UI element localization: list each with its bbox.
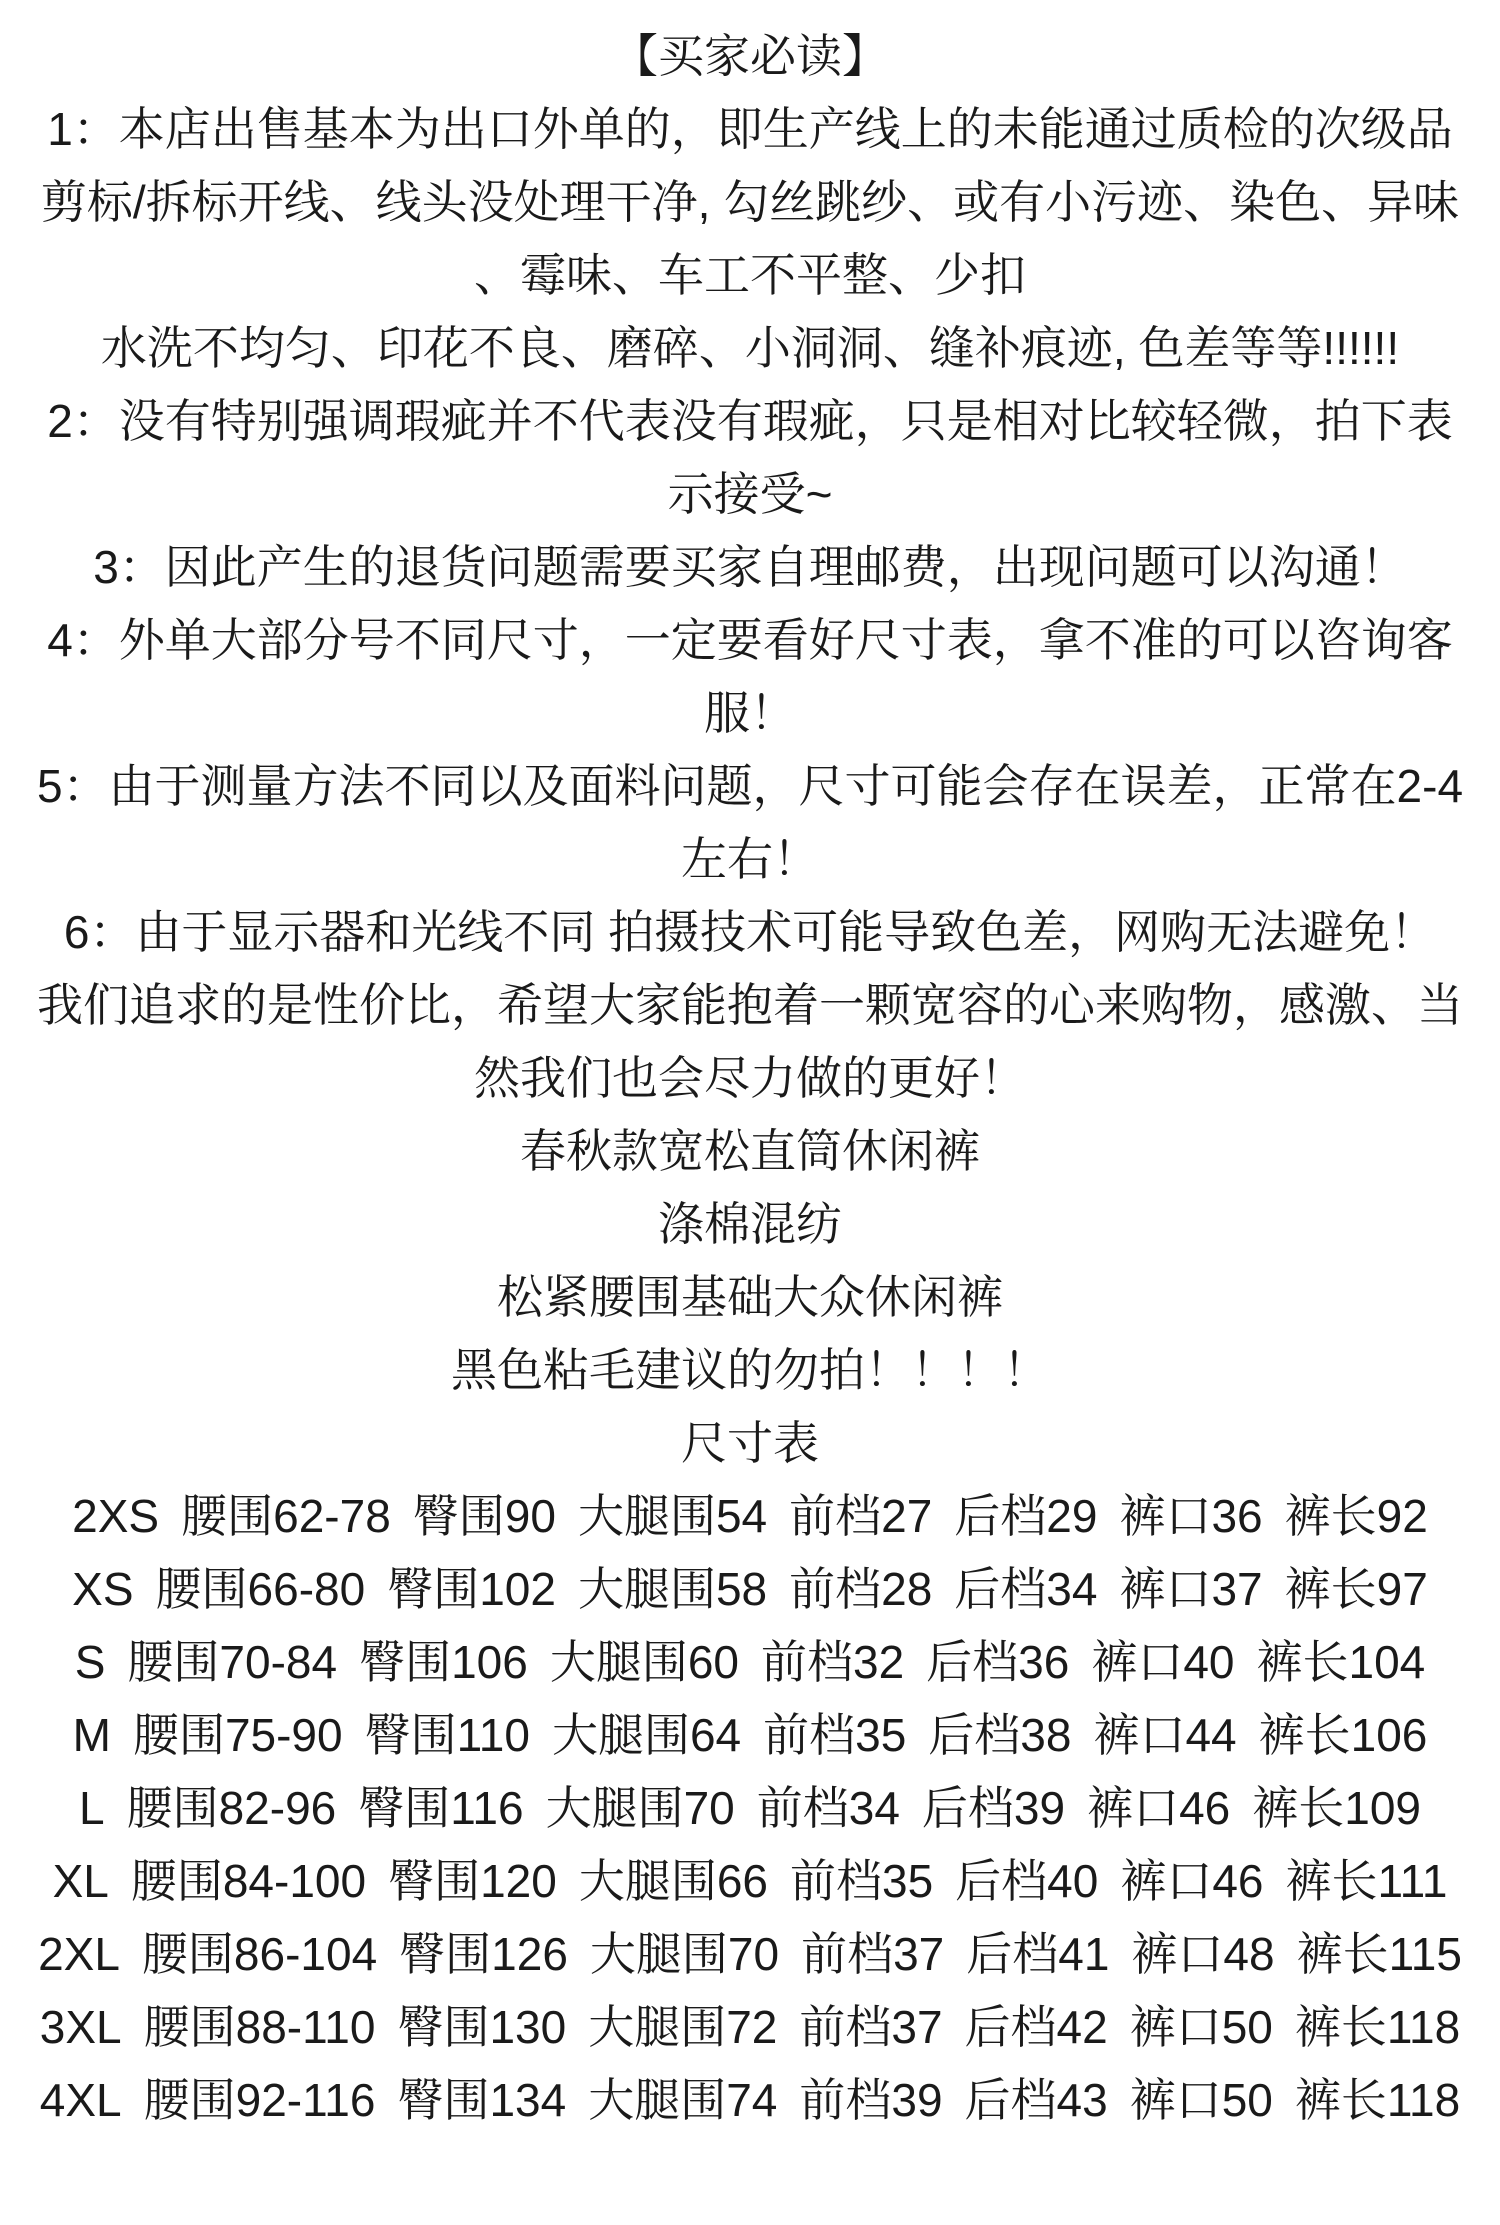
size-table: 2XS腰围62-78臀围90大腿围54前档27后档29裤口36裤长92XS腰围6… [0,1480,1500,2137]
size-measurement: 后档43 [965,2064,1108,2137]
size-measurement: 腰围66-80 [156,1553,366,1626]
notice-line: 2：没有特别强调瑕疵并不代表没有瑕疵，只是相对比较轻微，拍下表 [0,385,1500,458]
size-measurement: 后档36 [926,1626,1069,1699]
size-table-row: 4XL腰围92-116臀围134大腿围74前档39后档43裤口50裤长118 [0,2064,1500,2137]
size-label: L [79,1772,105,1845]
size-measurement: 前档35 [790,1845,933,1918]
size-table-row: XS腰围66-80臀围102大腿围58前档28后档34裤口37裤长97 [0,1553,1500,1626]
size-measurement: 裤口37 [1119,1553,1262,1626]
size-measurement: 裤长118 [1295,2064,1460,2137]
size-measurement: 臀围90 [413,1480,556,1553]
size-measurement: 前档35 [763,1699,906,1772]
size-measurement: 腰围88-110 [144,1991,376,2064]
notice-line: 、霉味、车工不平整、少扣 [0,239,1500,312]
size-measurement: 裤口44 [1093,1699,1236,1772]
size-label: M [73,1699,111,1772]
size-measurement: 大腿围74 [588,2064,777,2137]
size-measurement: 前档37 [801,1918,944,1991]
size-measurement: 大腿围72 [588,1991,777,2064]
size-measurement: 前档37 [799,1991,942,2064]
notice-line: 1：本店出售基本为出口外单的，即生产线上的未能通过质检的次级品 [0,93,1500,166]
size-measurement: 大腿围66 [579,1845,768,1918]
size-measurement: 臀围134 [397,2064,566,2137]
size-measurement: 臀围130 [397,1991,566,2064]
notice-line: 6：由于显示器和光线不同 拍摄技术可能导致色差，网购无法避免！ [0,896,1500,969]
size-measurement: 腰围92-116 [144,2064,376,2137]
size-measurement: 臀围110 [365,1699,530,1772]
notice-line: 水洗不均匀、印花不良、磨碎、小洞洞、缝补痕迹, 色差等等!!!!!! [0,312,1500,385]
size-measurement: 前档32 [761,1626,904,1699]
notice-line: 左右！ [0,823,1500,896]
size-label: 3XL [40,1991,122,2064]
size-measurement: 裤口40 [1091,1626,1234,1699]
size-measurement: 裤长109 [1252,1772,1421,1845]
size-measurement: 臀围120 [388,1845,557,1918]
size-table-row: 2XL腰围86-104臀围126大腿围70前档37后档41裤口48裤长115 [0,1918,1500,1991]
size-table-row: XL腰围84-100臀围120大腿围66前档35后档40裤口46裤长111 [0,1845,1500,1918]
size-measurement: 腰围84-100 [131,1845,366,1918]
size-measurement: 前档39 [799,2064,942,2137]
size-measurement: 前档34 [757,1772,900,1845]
size-measurement: 前档28 [789,1553,932,1626]
size-measurement: 后档42 [965,1991,1108,2064]
size-measurement: 腰围70-84 [127,1626,337,1699]
size-table-row: L腰围82-96臀围116大腿围70前档34后档39裤口46裤长109 [0,1772,1500,1845]
size-label: S [75,1626,106,1699]
page-title: 【买家必读】 [0,20,1500,93]
size-measurement: 后档39 [922,1772,1065,1845]
size-measurement: 裤长92 [1285,1480,1428,1553]
size-measurement: 腰围86-104 [142,1918,377,1991]
size-measurement: 裤口46 [1087,1772,1230,1845]
size-measurement: 裤口36 [1119,1480,1262,1553]
buyer-notice-page: 【买家必读】 1：本店出售基本为出口外单的，即生产线上的未能通过质检的次级品剪标… [0,0,1500,2225]
size-measurement: 裤口50 [1130,2064,1273,2137]
size-measurement: 裤长106 [1259,1699,1428,1772]
size-measurement: 臀围102 [387,1553,556,1626]
size-measurement: 裤长118 [1295,1991,1460,2064]
size-label: XS [72,1553,133,1626]
product-line: 松紧腰围基础大众休闲裤 [0,1261,1500,1334]
size-measurement: 裤长115 [1297,1918,1462,1991]
size-measurement: 裤长104 [1257,1626,1426,1699]
size-table-title: 尺寸表 [0,1407,1500,1480]
notice-line: 5：由于测量方法不同以及面料问题，尺寸可能会存在误差，正常在2-4 [0,750,1500,823]
size-measurement: 裤口48 [1131,1918,1274,1991]
notice-line: 然我们也会尽力做的更好！ [0,1042,1500,1115]
size-table-row: S腰围70-84臀围106大腿围60前档32后档36裤口40裤长104 [0,1626,1500,1699]
size-measurement: 大腿围70 [546,1772,735,1845]
notice-line: 4：外单大部分号不同尺寸，一定要看好尺寸表，拿不准的可以咨询客 [0,604,1500,677]
size-measurement: 腰围75-90 [133,1699,343,1772]
size-measurement: 臀围116 [358,1772,523,1845]
size-measurement: 后档34 [954,1553,1097,1626]
size-measurement: 裤长111 [1286,1845,1448,1918]
size-measurement: 裤口46 [1120,1845,1263,1918]
notice-text-block: 1：本店出售基本为出口外单的，即生产线上的未能通过质检的次级品剪标/拆标开线、线… [0,93,1500,1115]
size-measurement: 裤长97 [1285,1553,1428,1626]
size-measurement: 腰围62-78 [181,1480,391,1553]
size-measurement: 后档40 [955,1845,1098,1918]
size-table-row: 2XS腰围62-78臀围90大腿围54前档27后档29裤口36裤长92 [0,1480,1500,1553]
size-measurement: 裤口50 [1130,1991,1273,2064]
size-label: 2XL [38,1918,120,1991]
size-table-row: 3XL腰围88-110臀围130大腿围72前档37后档42裤口50裤长118 [0,1991,1500,2064]
notice-line: 我们追求的是性价比，希望大家能抱着一颗宽容的心来购物，感激、当 [0,969,1500,1042]
product-description-block: 春秋款宽松直筒休闲裤涤棉混纺松紧腰围基础大众休闲裤黑色粘毛建议的勿拍！！！！ [0,1115,1500,1407]
size-measurement: 大腿围54 [578,1480,767,1553]
size-measurement: 后档29 [954,1480,1097,1553]
size-label: XL [53,1845,109,1918]
size-label: 4XL [40,2064,122,2137]
size-measurement: 大腿围70 [590,1918,779,1991]
size-table-row: M腰围75-90臀围110大腿围64前档35后档38裤口44裤长106 [0,1699,1500,1772]
size-measurement: 后档41 [966,1918,1109,1991]
size-measurement: 前档27 [789,1480,932,1553]
notice-line: 3：因此产生的退货问题需要买家自理邮费，出现问题可以沟通！ [0,531,1500,604]
product-line: 涤棉混纺 [0,1188,1500,1261]
size-measurement: 大腿围60 [550,1626,739,1699]
notice-line: 示接受~ [0,458,1500,531]
notice-line: 剪标/拆标开线、线头没处理干净, 勾丝跳纱、或有小污迹、染色、异味 [0,166,1500,239]
size-measurement: 大腿围64 [552,1699,741,1772]
size-measurement: 腰围82-96 [127,1772,337,1845]
size-measurement: 大腿围58 [578,1553,767,1626]
size-measurement: 后档38 [928,1699,1071,1772]
size-label: 2XS [72,1480,159,1553]
notice-line: 服！ [0,677,1500,750]
size-measurement: 臀围126 [399,1918,568,1991]
product-line: 黑色粘毛建议的勿拍！！！！ [0,1334,1500,1407]
product-line: 春秋款宽松直筒休闲裤 [0,1115,1500,1188]
size-measurement: 臀围106 [359,1626,528,1699]
